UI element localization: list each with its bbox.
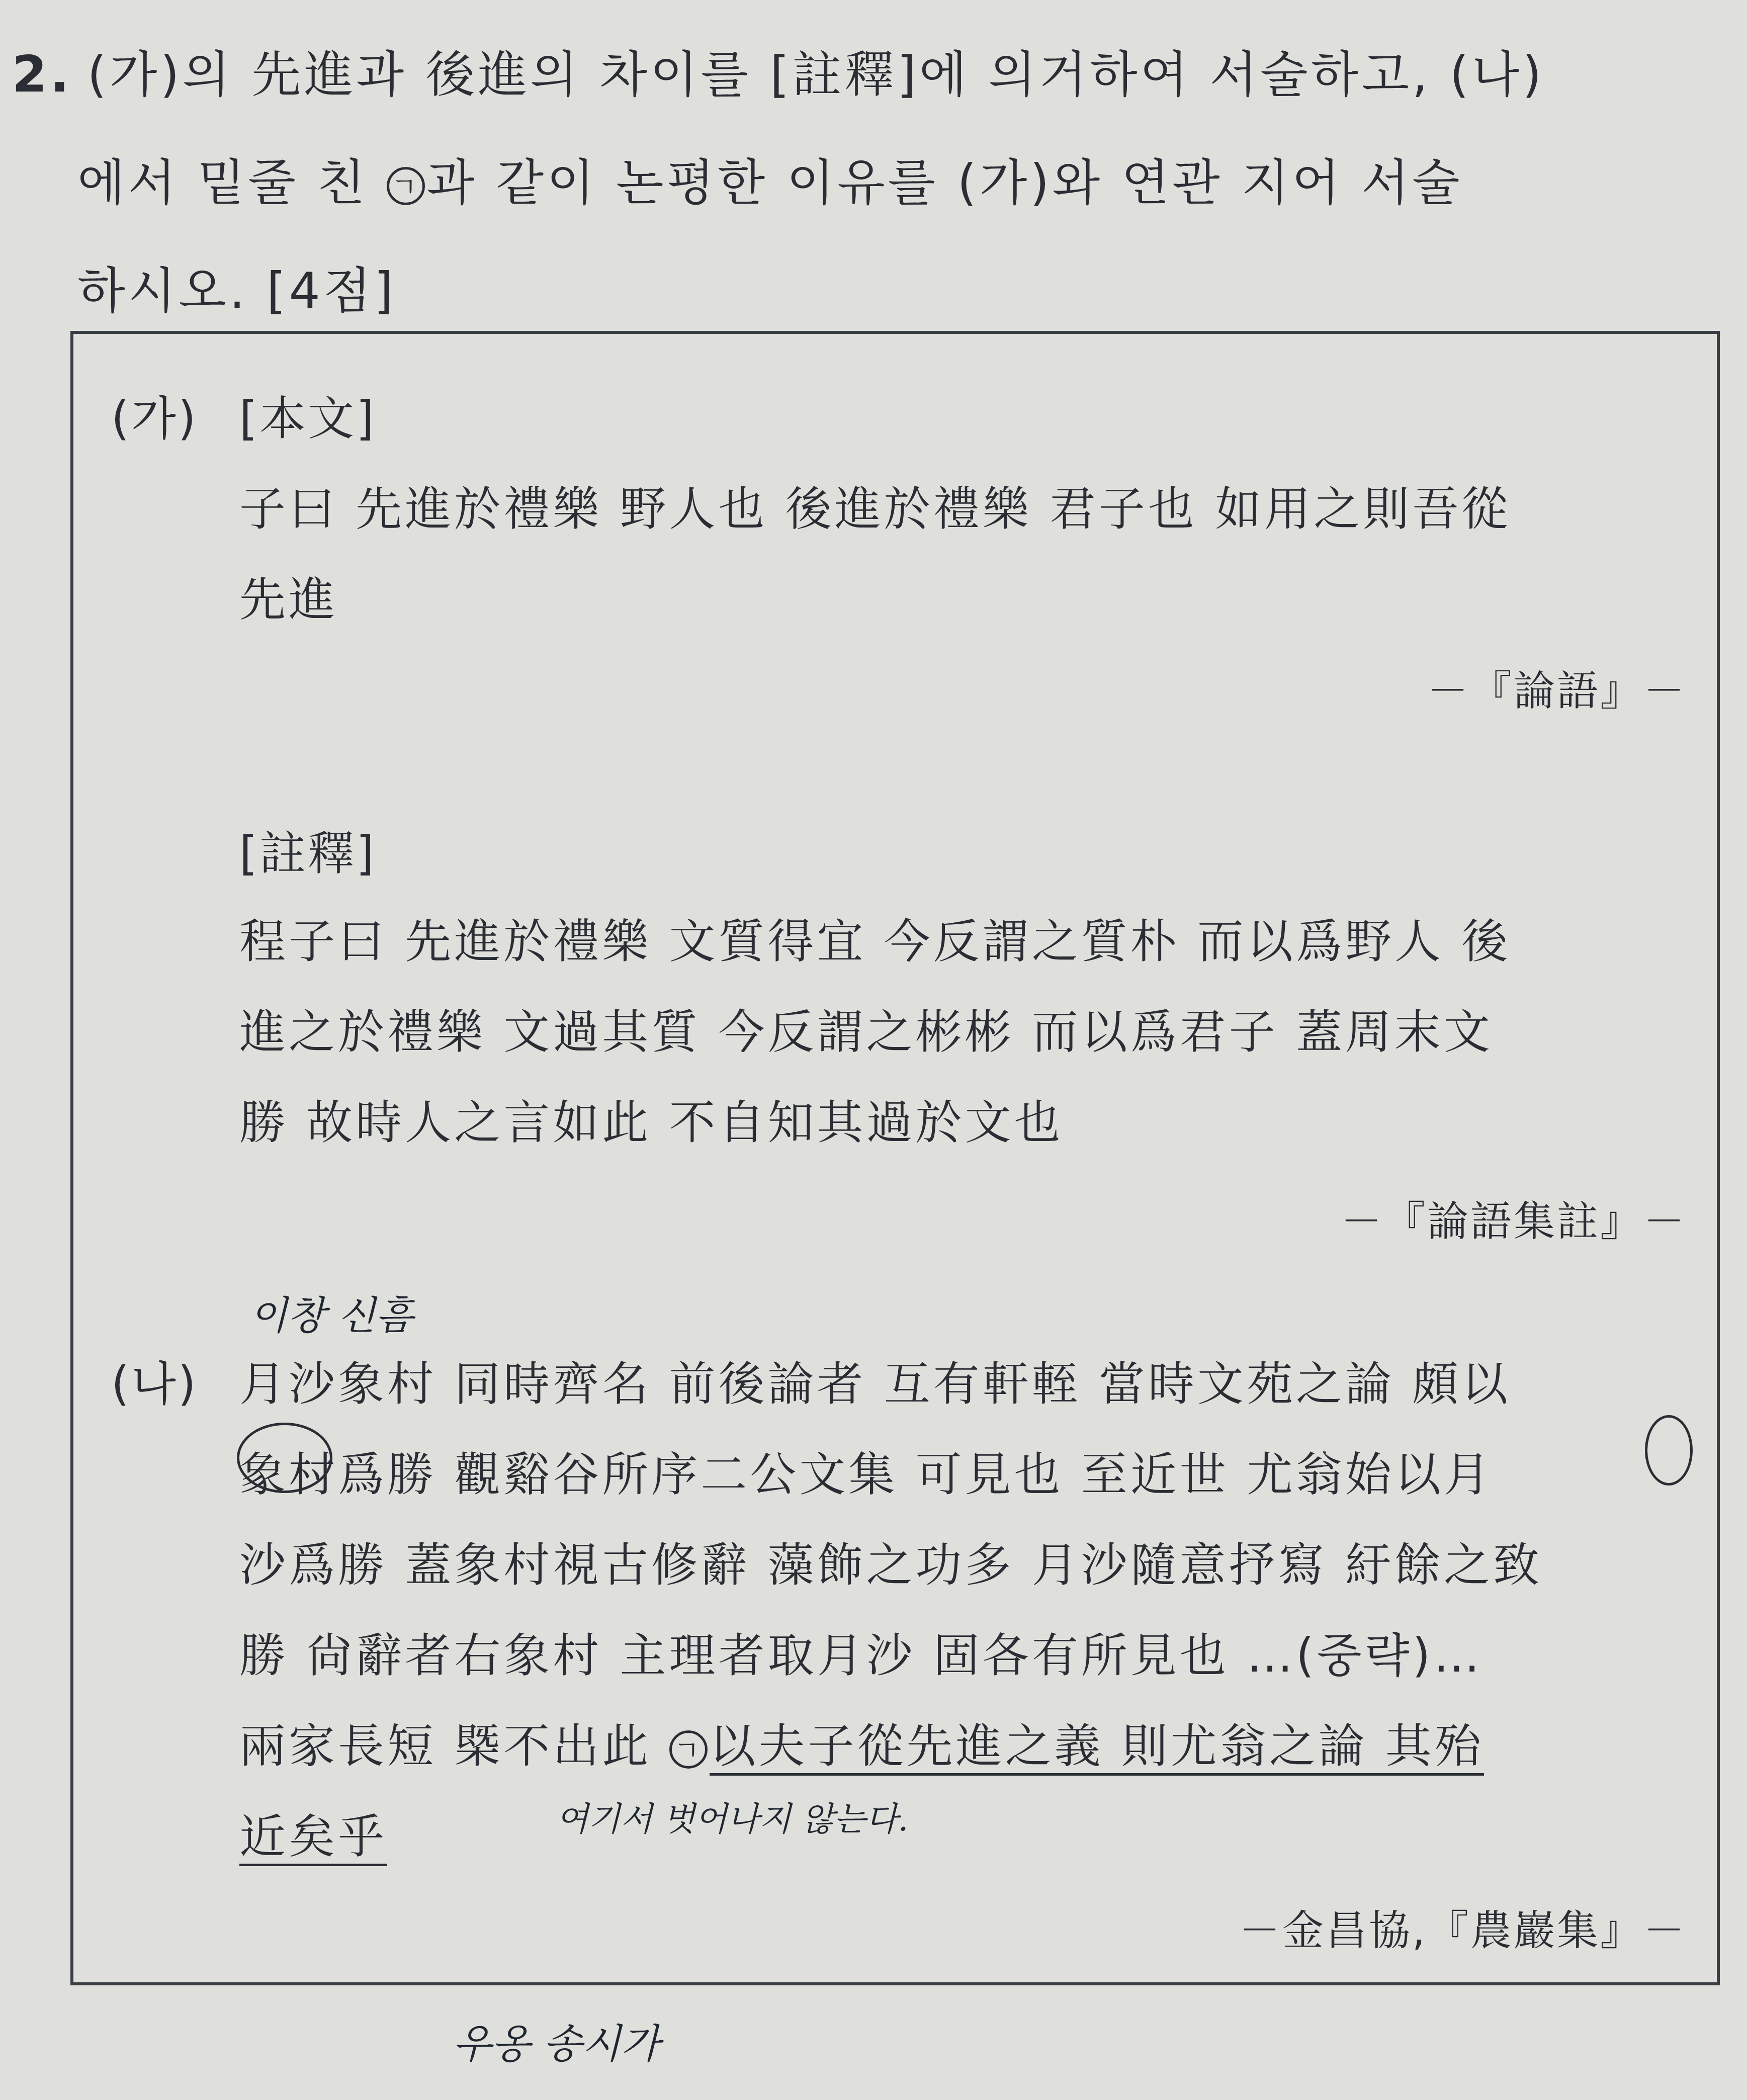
main-text-line-1: 子曰 先進於禮樂 野人也 後進於禮樂 君子也 如用之則吾從 <box>239 472 1511 539</box>
passage-box: (가) [本文] 子曰 先進於禮樂 野人也 後進於禮樂 君子也 如用之則吾從 先… <box>70 331 1720 1985</box>
section-na-label: (나) <box>111 1347 198 1414</box>
circled-giyeok-mark: ㄱ <box>387 167 425 205</box>
na-line-2: 象村爲勝 觀谿谷所序二公文集 可見也 至近世 尤翁始以月 <box>239 1438 1493 1504</box>
handwritten-note-bottom: 우옹 송시가 <box>453 2011 660 2069</box>
question-text-1: (가)의 先進과 後進의 차이를 [註釋]에 의거하여 서술하고, (나) <box>88 46 1545 104</box>
question-text-3: 하시오. [4점] <box>77 262 396 320</box>
question-line-2: 에서 밑줄 친 ㄱ과 같이 논평한 이유를 (가)와 연관 지어 서술 <box>12 129 1732 237</box>
main-text-source: －『論語』－ <box>1427 658 1687 717</box>
commentary-line-2: 進之於禮樂 文過其質 今反謂之彬彬 而以爲君子 蓋周末文 <box>239 995 1493 1062</box>
commentary-line-1: 程子曰 先進於禮樂 文質得宜 今反謂之質朴 而以爲野人 後 <box>239 905 1511 971</box>
na-line-6: 近矣乎 <box>239 1800 387 1866</box>
handwritten-note-names: 이창 신흠 <box>249 1284 413 1341</box>
question-number: 2. <box>12 45 72 104</box>
na-line-5: 兩家長短 槩不出此 ㄱ以夫子從先進之義 則尤翁之論 其殆 <box>239 1709 1484 1776</box>
section-ga-label: (가) <box>111 382 198 448</box>
main-text-line-2: 先進 <box>239 563 338 629</box>
na-line-3: 沙爲勝 蓋象村視古修辭 藻飾之功多 月沙隨意抒寫 紆餘之致 <box>239 1528 1542 1595</box>
underlined-passage-end: 近矣乎 <box>239 1810 387 1866</box>
circled-giyeok-mark-passage: ㄱ <box>669 1730 708 1769</box>
question-text-2: 에서 밑줄 친 <box>77 154 387 212</box>
commentary-line-3: 勝 故時人之言如此 不自知其過於文也 <box>239 1086 1064 1152</box>
handwritten-circle-wolsa <box>1645 1415 1693 1485</box>
na-line-5-start: 兩家長短 槩不出此 <box>239 1719 669 1773</box>
question-line-3: 하시오. [4점] <box>12 237 1732 345</box>
handwritten-circle-sangchon <box>237 1423 332 1493</box>
question-line-1: 2.(가)의 先進과 後進의 차이를 [註釋]에 의거하여 서술하고, (나) <box>12 20 1732 129</box>
na-line-4: 勝 尙辭者右象村 主理者取月沙 固各有所見也 …(중략)… <box>239 1619 1483 1685</box>
main-text-heading: [本文] <box>239 382 376 448</box>
question-text-2b: 과 같이 논평한 이유를 (가)와 연관 지어 서술 <box>427 154 1463 212</box>
question-prompt: 2.(가)의 先進과 後進의 차이를 [註釋]에 의거하여 서술하고, (나) … <box>12 20 1732 345</box>
handwritten-note-translation: 여기서 벗어나지 않는다. <box>556 1792 909 1840</box>
commentary-source: －『論語集註』－ <box>1341 1189 1687 1248</box>
underlined-passage: 以夫子從先進之義 則尤翁之論 其殆 <box>710 1719 1484 1776</box>
commentary-heading: [註釋] <box>239 817 376 883</box>
na-source: －金昌協,『農巖集』－ <box>1239 1898 1687 1957</box>
na-line-1: 月沙象村 同時齊名 前後論者 互有軒輊 當時文苑之論 頗以 <box>239 1347 1511 1414</box>
